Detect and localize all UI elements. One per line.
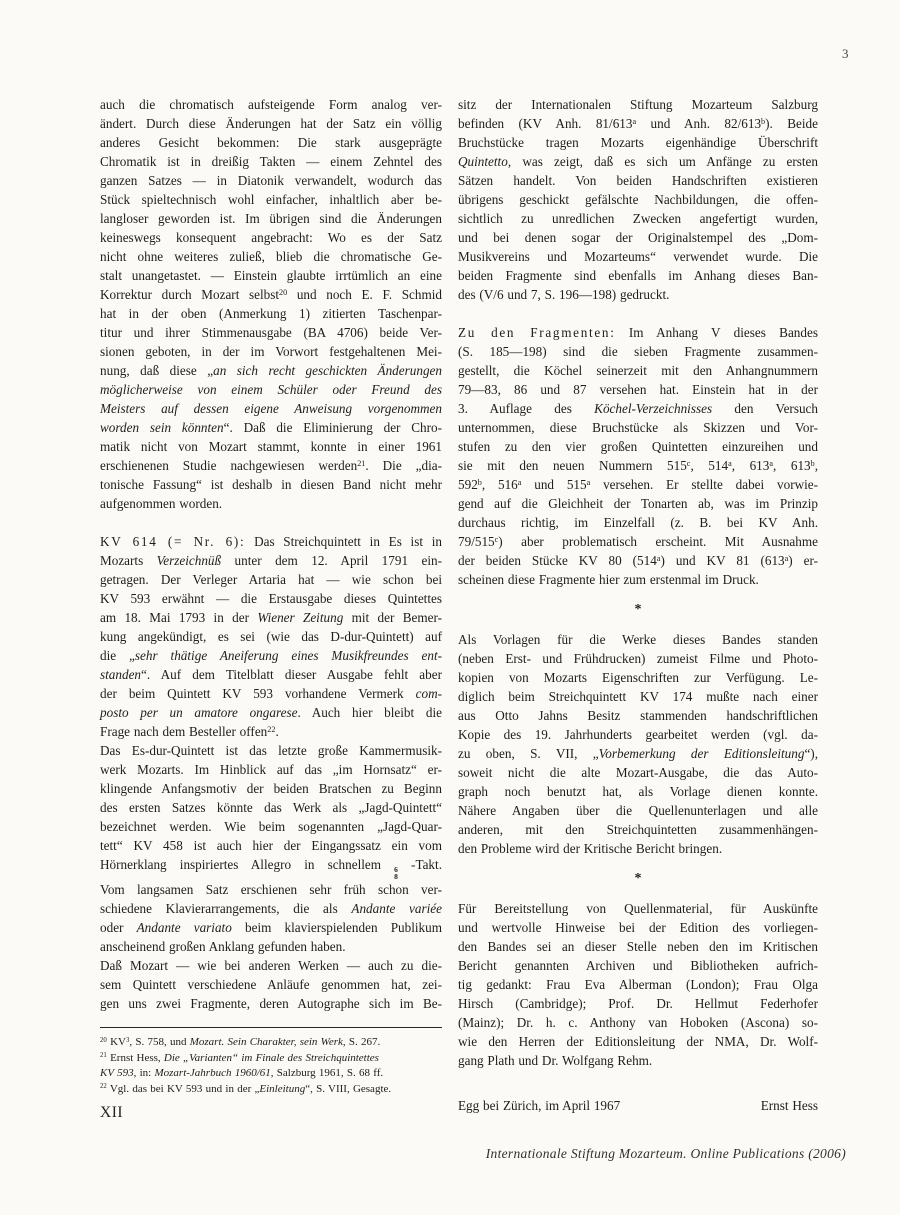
italic-text: Verzeichnüß bbox=[157, 553, 221, 568]
text-line: und bei denen sogar der Originalstempel … bbox=[458, 228, 818, 247]
text-line: posto per un amatore ongarese. Auch hier… bbox=[100, 703, 442, 722]
text-line: ändert. Durch diese Änderungen hat der S… bbox=[100, 114, 442, 133]
letterspaced-heading: KV 614 (= Nr. 6): bbox=[100, 534, 245, 549]
text-line: (S. 185—198) sind die sieben Fragmente z… bbox=[458, 342, 818, 361]
text-line: Frage nach dem Besteller offen22. bbox=[100, 722, 442, 741]
text-line: KV 593 erwähnt — die Erstausgabe dieses … bbox=[100, 589, 442, 608]
text-line: unternommen, diese Bruchstücke als Skizz… bbox=[458, 418, 818, 437]
text-line: Chromatik ist in dreißig Takten — einem … bbox=[100, 152, 442, 171]
italic-text: Andante variato bbox=[137, 920, 232, 935]
scanned-book-page: 3 auch die chromatisch aufsteigende Form… bbox=[0, 0, 900, 1215]
corner-mark: 3 bbox=[842, 46, 849, 62]
paragraph: auch die chromatisch aufsteigende Form a… bbox=[100, 95, 442, 513]
text-line: Bericht genannten Archiven und Bibliothe… bbox=[458, 956, 818, 975]
text-line: der beim Quintett KV 593 vorhandene Verm… bbox=[100, 684, 442, 703]
text-line: am 18. Mai 1793 in der Wiener Zeitung mi… bbox=[100, 608, 442, 627]
text-line: Stück spieltechnisch wohl einfacher, inh… bbox=[100, 190, 442, 209]
footnote-line: 22 Vgl. das bei KV 593 und in der „Einle… bbox=[100, 1082, 442, 1098]
text-line: 79/515c) aber problematisch erscheint. M… bbox=[458, 532, 818, 551]
paragraph: Das Es-dur-Quintett ist das letzte große… bbox=[100, 741, 442, 956]
italic-text: worden sein könnten bbox=[100, 420, 224, 435]
text-line: durchaus richtig, im Einzelfall (z. B. b… bbox=[458, 513, 818, 532]
text-line: soweit nicht die alte Mozart-Ausgabe, di… bbox=[458, 763, 818, 782]
italic-text: Quintetto bbox=[458, 154, 508, 169]
text-line: die „sehr thätige Aneiferung eines Musik… bbox=[100, 646, 442, 665]
text-line: der beiden Stücke KV 80 (514a) und KV 81… bbox=[458, 551, 818, 570]
italic-text: Köchel-Verzeichnisses bbox=[594, 401, 712, 416]
text-line: den Probleme wird der Kritische Bericht … bbox=[458, 839, 818, 858]
text-line: worden sein könnten“. Daß die Eliminieru… bbox=[100, 418, 442, 437]
page-number: XII bbox=[100, 1104, 123, 1122]
text-line: beiden Fragmente sind ebenfalls im Anhan… bbox=[458, 266, 818, 285]
italic-text: sehr thätige Aneiferung eines Musikfreun… bbox=[135, 648, 442, 663]
text-line: graph noch benutzt hat, als Vorlage dien… bbox=[458, 782, 818, 801]
text-line: matik nicht von Mozart stammt, konnte in… bbox=[100, 437, 442, 456]
text-line: ganzen Satzes — in Diatonik verwandelt, … bbox=[100, 171, 442, 190]
text-line: tett“ KV 458 ist auch hier der Eingangss… bbox=[100, 836, 442, 855]
text-line: Kopie des 19. Jahrhunderts gearbeitet we… bbox=[458, 725, 818, 744]
text-line: gen uns zwei Fragmente, deren Autographe… bbox=[100, 994, 442, 1013]
text-line: aufgenommen worden. bbox=[100, 494, 442, 513]
paragraph: Als Vorlagen für die Werke dieses Bandes… bbox=[458, 630, 818, 858]
section-separator: * bbox=[458, 869, 818, 888]
superscript: a bbox=[657, 554, 661, 563]
text-line: Musikvereins und Mozarteums“ verwendet w… bbox=[458, 247, 818, 266]
superscript: 20 bbox=[100, 1037, 107, 1044]
text-line: Bruchstücke tragen Mozarts eigenhändige … bbox=[458, 133, 818, 152]
italic-text: Mozart. Sein Charakter, sein Werk bbox=[190, 1036, 343, 1048]
text-line: sitz der Internationalen Stiftung Mozart… bbox=[458, 95, 818, 114]
footnotes-section: 20 KV3, S. 758, und Mozart. Sein Charakt… bbox=[100, 1027, 442, 1097]
text-line: möglicherweise von einem Schüler oder Fr… bbox=[100, 380, 442, 399]
superscript: c bbox=[495, 535, 499, 544]
superscript: 22 bbox=[100, 1083, 107, 1090]
time-signature: 68 bbox=[394, 867, 398, 880]
text-line: hat in der oben (Anmerkung 1) zitierten … bbox=[100, 304, 442, 323]
text-line: gang Plath und Dr. Wolfgang Rehm. bbox=[458, 1051, 818, 1070]
superscript: b bbox=[811, 459, 815, 468]
italic-text: möglicherweise von einem Schüler oder Fr… bbox=[100, 382, 442, 397]
italic-text: Mozart-Jahrbuch 1960/61 bbox=[154, 1067, 270, 1079]
text-line: anderen, mit den Streichquintetten zusam… bbox=[458, 820, 818, 839]
text-line: Quintetto, was zeigt, daß es sich um Anf… bbox=[458, 152, 818, 171]
text-line: sichtlich zu unredlichen Zwecken angefer… bbox=[458, 209, 818, 228]
text-line: anderes Gesicht bekommen: Die stark ausg… bbox=[100, 133, 442, 152]
signature-author: Ernst Hess bbox=[761, 1096, 818, 1115]
text-line: Als Vorlagen für die Werke dieses Bandes… bbox=[458, 630, 818, 649]
text-line: bezeichnet werden. Wie beim sogenannten … bbox=[100, 817, 442, 836]
superscript: b bbox=[761, 117, 765, 126]
section-separator: * bbox=[458, 600, 818, 619]
left-text-column: auch die chromatisch aufsteigende Form a… bbox=[100, 95, 442, 1097]
text-line: Meisters auf dessen eigene Anweisung vor… bbox=[100, 399, 442, 418]
text-line: nung, daß diese „an sich recht geschickt… bbox=[100, 361, 442, 380]
text-line: getragen. Der Verleger Artaria hat — wie… bbox=[100, 570, 442, 589]
text-line: 79—83, 86 und 87 versehen hat. Einstein … bbox=[458, 380, 818, 399]
text-line: des (V/6 und 7, S. 196—198) gedruckt. bbox=[458, 285, 818, 304]
text-line: tig gedankt: Frau Eva Alberman (London);… bbox=[458, 975, 818, 994]
footer-credit: Internationale Stiftung Mozarteum. Onlin… bbox=[486, 1146, 846, 1162]
italic-text: KV 593 bbox=[100, 1067, 134, 1079]
text-line: tonische Fassung“ ist deshalb in diesen … bbox=[100, 475, 442, 494]
text-line: klingende Anfangsmotiv der beiden Bratsc… bbox=[100, 779, 442, 798]
text-line: langloser geworden ist. Im übrigen sind … bbox=[100, 209, 442, 228]
text-line: den Bandes sei an dieser Stelle neben de… bbox=[458, 937, 818, 956]
superscript: 22 bbox=[267, 725, 275, 734]
text-line: Korrektur durch Mozart selbst20 und noch… bbox=[100, 285, 442, 304]
text-line: sem Quintett verschiedene Anläufe genomm… bbox=[100, 975, 442, 994]
text-line: Daß Mozart — wie bei anderen Werken — au… bbox=[100, 956, 442, 975]
signature-line: Egg bei Zürich, im April 1967Ernst Hess bbox=[458, 1096, 818, 1115]
text-line: schiedene Klavierarrangements, die als A… bbox=[100, 899, 442, 918]
italic-text: Die „Varianten“ im Finale des Streichqui… bbox=[164, 1052, 379, 1064]
letterspaced-heading: Zu den Fragmenten: bbox=[458, 325, 616, 340]
text-line: auch die chromatisch aufsteigende Form a… bbox=[100, 95, 442, 114]
text-line: stalt unangetastet. — Einstein glaubte i… bbox=[100, 266, 442, 285]
text-line: Hirsch (Cambridge); Prof. Dr. Hellmut Fe… bbox=[458, 994, 818, 1013]
superscript: a bbox=[769, 459, 773, 468]
italic-text: Wiener Zeitung bbox=[257, 610, 343, 625]
text-line: Vom langsamen Satz erschienen sehr früh … bbox=[100, 880, 442, 899]
superscript: 3 bbox=[126, 1037, 129, 1044]
superscript: 20 bbox=[279, 288, 287, 297]
text-line: 3. Auflage des Köchel-Verzeichnisses den… bbox=[458, 399, 818, 418]
italic-text: com- bbox=[416, 686, 442, 701]
text-line: übrigens geschickt gefälschte Nachbildun… bbox=[458, 190, 818, 209]
text-line: kung angekündigt, es sei (wie das D-dur-… bbox=[100, 627, 442, 646]
superscript: 21 bbox=[100, 1052, 107, 1059]
italic-text: Einleitung bbox=[259, 1083, 305, 1095]
footnote-line: 21 Ernst Hess, Die „Varianten“ im Finale… bbox=[100, 1051, 442, 1067]
right-text-column: sitz der Internationalen Stiftung Mozart… bbox=[458, 95, 818, 1115]
text-line: aus Otto Jahns Besitz stammenden handsch… bbox=[458, 706, 818, 725]
text-line: stufen zu den vier großen Quintetten ein… bbox=[458, 437, 818, 456]
text-line: oder Andante variato beim klavierspielen… bbox=[100, 918, 442, 937]
superscript: a bbox=[785, 554, 789, 563]
text-line: sie mit den neuen Nummern 515c, 514a, 61… bbox=[458, 456, 818, 475]
italic-text: standen bbox=[100, 667, 141, 682]
text-line: kopien von Mozarts Eigenschriften zur Ve… bbox=[458, 668, 818, 687]
paragraph: KV 614 (= Nr. 6): Das Streichquintett in… bbox=[100, 532, 442, 741]
paragraph: sitz der Internationalen Stiftung Mozart… bbox=[458, 95, 818, 304]
superscript: 21 bbox=[357, 459, 365, 468]
italic-text: Vorbemerkung der Editionsleitung bbox=[599, 746, 805, 761]
text-line: Hörnerklang inspiriertes Allegro in schn… bbox=[100, 855, 442, 880]
text-line: Nähere Angaben über die Quellenunterlage… bbox=[458, 801, 818, 820]
text-line: und wertvolle Hinweise bei der Edition d… bbox=[458, 918, 818, 937]
superscript: a bbox=[728, 459, 732, 468]
superscript: a bbox=[632, 117, 636, 126]
text-line: gestellt, die Köchel seinerzeit mit den … bbox=[458, 361, 818, 380]
text-line: erschienenen Studie nachgewiesen werden2… bbox=[100, 456, 442, 475]
text-line: 592b, 516a und 515a versehen. Er stellte… bbox=[458, 475, 818, 494]
paragraph: Zu den Fragmenten: Im Anhang V dieses Ba… bbox=[458, 323, 818, 589]
text-line: scheinen diese Fragmente hier zum ersten… bbox=[458, 570, 818, 589]
italic-text: posto per un amatore ongarese bbox=[100, 705, 297, 720]
text-line: des ersten Satzes könnte das Werk als „J… bbox=[100, 798, 442, 817]
text-line: (neben Erst- und Frühdrucken) zumeist Fi… bbox=[458, 649, 818, 668]
text-line: Für Bereitstellung von Quellenmaterial, … bbox=[458, 899, 818, 918]
text-line: diglich beim Streichquintett KV 174 mußt… bbox=[458, 687, 818, 706]
text-line: KV 614 (= Nr. 6): Das Streichquintett in… bbox=[100, 532, 442, 551]
italic-text: an sich recht geschickten Änderungen bbox=[213, 363, 442, 378]
superscript: a bbox=[587, 478, 591, 487]
paragraph: Für Bereitstellung von Quellenmaterial, … bbox=[458, 899, 818, 1070]
text-line: Zu den Fragmenten: Im Anhang V dieses Ba… bbox=[458, 323, 818, 342]
text-line: standen“. Auf dem Titelblatt dieser Ausg… bbox=[100, 665, 442, 684]
text-line: befinden (KV Anh. 81/613a und Anh. 82/61… bbox=[458, 114, 818, 133]
text-line: Sätzen handelt. Von beiden Handschriften… bbox=[458, 171, 818, 190]
italic-text: Meisters auf dessen eigene Anweisung vor… bbox=[100, 401, 442, 416]
text-line: (Mainz); Dr. h. c. Anthony van Hoboken (… bbox=[458, 1013, 818, 1032]
text-line: keineswegs konsequent angebracht: Wo es … bbox=[100, 228, 442, 247]
footnote-line: KV 593, in: Mozart-Jahrbuch 1960/61, Sal… bbox=[100, 1066, 442, 1082]
signature-place-date: Egg bei Zürich, im April 1967 bbox=[458, 1096, 620, 1115]
text-line: wie den Herren der Editionsleitung der N… bbox=[458, 1032, 818, 1051]
text-line: zu oben, S. VII, „Vorbemerkung der Editi… bbox=[458, 744, 818, 763]
text-line: gend auf die Gleichheit der Tonarten ab,… bbox=[458, 494, 818, 513]
text-line: werk Mozarts. Im Hinblick auf das „im Ho… bbox=[100, 760, 442, 779]
text-line: titur und ihrer Stimmenausgabe (BA 4706)… bbox=[100, 323, 442, 342]
italic-text: Andante variée bbox=[351, 901, 442, 916]
text-line: Das Es-dur-Quintett ist das letzte große… bbox=[100, 741, 442, 760]
paragraph: Daß Mozart — wie bei anderen Werken — au… bbox=[100, 956, 442, 1013]
superscript: a bbox=[518, 478, 522, 487]
text-line: anscheinend großen Anklang gefunden habe… bbox=[100, 937, 442, 956]
superscript: c bbox=[687, 459, 691, 468]
text-line: Mozarts Verzeichnüß unter dem 12. April … bbox=[100, 551, 442, 570]
text-line: nicht ohne weiteres zuließ, blieb die ch… bbox=[100, 247, 442, 266]
superscript: b bbox=[478, 478, 482, 487]
footnote-line: 20 KV3, S. 758, und Mozart. Sein Charakt… bbox=[100, 1035, 442, 1051]
text-line: sionen geboten, in der im Vorwort festge… bbox=[100, 342, 442, 361]
